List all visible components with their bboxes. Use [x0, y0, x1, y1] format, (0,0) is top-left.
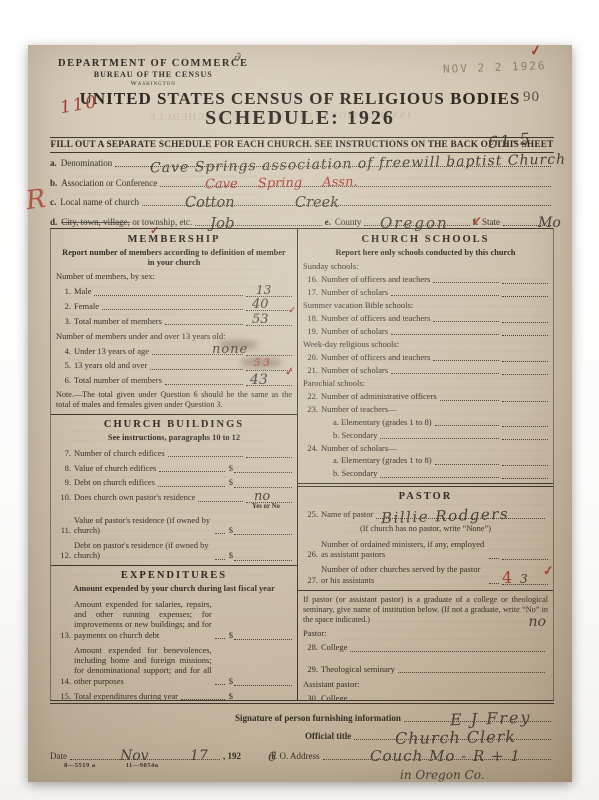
- question-row-2: 2. Female 40: [56, 301, 292, 311]
- schedule-title: SCHEDULE: 1926: [28, 107, 572, 130]
- question-label: Number of scholars: [321, 326, 388, 336]
- question-number: 11.: [56, 525, 71, 535]
- dotted-leader: [433, 281, 499, 283]
- answer-slot: 13: [246, 287, 292, 297]
- handwritten-value: 3: [520, 573, 528, 585]
- question-label: Debt on pastor's residence (if owned by …: [74, 540, 212, 561]
- date-po-row: Date , 192 Nov 17 6 P. O. Address Couch …: [50, 751, 554, 761]
- answer-slot: 43 ✓: [246, 376, 292, 386]
- signature-label: Signature of person furnishing informati…: [235, 713, 401, 723]
- group-label: Number of members under and over 13 year…: [56, 331, 292, 341]
- question-row-24a: a. Elementary (grades 1 to 8): [303, 455, 548, 465]
- question-row-17: 17. Number of scholars: [303, 287, 548, 297]
- group-label: Pastor:: [303, 628, 548, 638]
- form-number: 8—5519 a: [64, 762, 96, 769]
- page-number: 90: [523, 89, 540, 106]
- field-letter: f.: [473, 217, 478, 227]
- dotted-leader: [433, 359, 499, 361]
- answer-slot: [502, 326, 548, 336]
- dotted-leader: [152, 353, 243, 355]
- dotted-leader: [159, 470, 224, 472]
- received-date-stamp: NOV 2 2 1926: [442, 59, 546, 76]
- question-number: 17.: [303, 287, 318, 297]
- eraser-smudge: [240, 357, 282, 368]
- dotted-leader: [398, 671, 545, 673]
- question-label: Value of church edifices: [74, 463, 156, 473]
- question-number: 3.: [56, 316, 71, 326]
- dollar-sign: $: [229, 550, 233, 560]
- answer-slot: no Yes or No: [246, 493, 292, 503]
- agency-block: DEPARTMENT OF COMMERCE BUREAU OF THE CEN…: [58, 57, 249, 88]
- question-label: Number of other churches served by the p…: [321, 564, 486, 585]
- dotted-line: [364, 224, 469, 226]
- pastor-note: (If church has no pastor, write “None”): [309, 524, 542, 534]
- answer-slot: [246, 448, 292, 458]
- section-divider: [298, 590, 553, 591]
- answer-slot: [502, 365, 548, 375]
- question-label: Theological seminary: [321, 664, 395, 674]
- field-association: b. Association or Conference Cave Spring…: [50, 178, 554, 188]
- dotted-leader: [489, 582, 499, 584]
- question-number: 14.: [56, 676, 71, 686]
- question-label: Number of scholars: [321, 365, 388, 375]
- handwritten-signature: E J Frey: [450, 710, 532, 729]
- field-label: Denomination: [61, 158, 113, 168]
- bottom-double-rule: [50, 700, 554, 704]
- question-number: 23.: [303, 404, 318, 414]
- question-number: 26.: [303, 549, 318, 559]
- dotted-leader: [435, 463, 499, 465]
- answer-slot: [502, 456, 548, 466]
- answer-slot: [234, 525, 292, 535]
- question-number: 29.: [303, 664, 318, 674]
- question-label: Number of scholars—: [321, 443, 397, 453]
- dotted-line: [404, 720, 551, 722]
- question-row-9: 9. Debt on church edifices $: [56, 477, 292, 487]
- question-label: Under 13 years of age: [74, 346, 149, 356]
- field-label: County: [335, 217, 362, 227]
- question-number: 28.: [303, 642, 318, 652]
- dotted-line: [503, 224, 551, 226]
- dotted-leader: [350, 650, 545, 652]
- field-label: or township, etc.: [132, 217, 192, 227]
- dotted-line: [160, 185, 551, 187]
- question-label: Number of officers and teachers: [321, 274, 430, 284]
- answer-slot: [234, 478, 292, 488]
- question-label: Number of officers and teachers: [321, 352, 430, 362]
- answer-slot: none: [246, 346, 292, 356]
- handwritten-church-name: Cotton: [185, 196, 235, 211]
- signature-block: Signature of person furnishing informati…: [50, 705, 554, 769]
- question-label: Does church own pastor's residence: [74, 492, 195, 502]
- dotted-leader: [391, 294, 499, 296]
- answer-slot: 40: [246, 301, 292, 311]
- question-row-24b: b. Secondary: [303, 468, 548, 478]
- question-row-26: 26. Number of ordained ministers, if any…: [303, 539, 548, 560]
- question-row-7: 7. Number of church edifices: [56, 448, 292, 458]
- group-label: Summer vacation Bible schools:: [303, 300, 548, 310]
- dotted-leader: [165, 383, 243, 385]
- paper-sheet: INSTRUCTIONS FOR FILLING OUT SCHEDULE DE…: [28, 45, 572, 782]
- question-label: Debt on church edifices: [74, 477, 155, 487]
- answer-slot: [502, 550, 548, 560]
- answer-slot: [234, 630, 292, 640]
- question-row-29: 29. Theological seminary: [303, 664, 548, 674]
- answer-slot: 53: [246, 361, 292, 371]
- answer-slot: [502, 469, 548, 479]
- handwritten-value: 43: [250, 373, 268, 387]
- question-row-18: 18. Number of officers and teachers: [303, 313, 548, 323]
- question-row-28: 28. College: [303, 642, 548, 652]
- question-row-12: 12. Debt on pastor's residence (if owned…: [56, 540, 292, 561]
- question-number: 4.: [56, 346, 71, 356]
- scanned-census-form: INSTRUCTIONS FOR FILLING OUT SCHEDULE DE…: [0, 0, 599, 800]
- question-row-11: 11. Value of pastor's residence (if owne…: [56, 515, 292, 536]
- question-number: 25.: [303, 509, 318, 519]
- right-column: CHURCH SCHOOLS Report here only schools …: [298, 229, 553, 701]
- answer-slot: [234, 463, 292, 473]
- group-label: Week-day religious schools:: [303, 339, 548, 349]
- handwritten-church-name-2: Creek: [295, 196, 339, 211]
- handwritten-value: no: [254, 490, 270, 503]
- field-local-name: c. Local name of church Cotton Creek: [50, 197, 554, 207]
- question-label: Number of ordained ministers, if any, em…: [321, 539, 486, 560]
- dotted-leader: [376, 517, 545, 519]
- answer-slot: [502, 392, 548, 402]
- question-label: b. Secondary: [333, 430, 377, 440]
- answer-slot: [502, 274, 548, 284]
- answer-slot: [502, 417, 548, 427]
- question-number: 24.: [303, 443, 318, 453]
- question-row-1: 1. Male 13: [56, 286, 292, 296]
- section-divider: [51, 414, 297, 415]
- question-label: Number of scholars: [321, 287, 388, 297]
- form-body: MEMBERSHIP Report number of members acco…: [50, 228, 554, 701]
- question-label: Value of pastor's residence (if owned by…: [74, 515, 212, 536]
- left-column: MEMBERSHIP Report number of members acco…: [51, 229, 298, 701]
- yes-or-no-caption: Yes or No: [238, 503, 294, 511]
- question-label: Female: [74, 301, 99, 311]
- bureau-name: BUREAU OF THE CENSUS: [58, 70, 249, 80]
- signature-row: Signature of person furnishing informati…: [50, 713, 554, 723]
- po-address-label: P. O. Address: [271, 751, 320, 761]
- handwritten-value: 53: [252, 313, 269, 326]
- question-label: Amount expended for salaries, repairs, a…: [74, 599, 212, 640]
- dollar-sign: $: [229, 630, 233, 640]
- handwritten-association: Cave Spring Assn.: [205, 175, 358, 191]
- official-title-row: Official title Church Clerk: [50, 731, 554, 741]
- dollar-sign: $: [229, 525, 233, 535]
- red-handwritten-value: 53: [254, 359, 273, 369]
- dotted-leader: [215, 637, 225, 639]
- red-check-mark: ✓: [542, 564, 553, 578]
- question-row-27: 27. Number of other churches served by t…: [303, 564, 548, 585]
- question-number: 10.: [56, 492, 71, 502]
- dotted-leader: [391, 372, 499, 374]
- question-number: 8.: [56, 463, 71, 473]
- question-label: Total number of members: [74, 316, 162, 326]
- question-row-23b: b. Secondary: [303, 430, 548, 440]
- question-number: 22.: [303, 391, 318, 401]
- dotted-leader: [150, 368, 243, 370]
- dollar-sign: $: [229, 477, 233, 487]
- question-row-10: 10. Does church own pastor's residence n…: [56, 492, 292, 502]
- city-name: Washington: [58, 80, 249, 88]
- question-row-14: 14. Amount expended for benevolences, in…: [56, 645, 292, 686]
- question-label: Total number of members: [74, 375, 162, 385]
- form-title: UNITED STATES CENSUS OF RELIGIOUS BODIES: [28, 89, 572, 109]
- field-letter: e.: [325, 217, 331, 227]
- question-number: 2.: [56, 301, 71, 311]
- answer-slot: [502, 313, 548, 323]
- schools-subheading: Report here only schools conducted by th…: [309, 248, 542, 258]
- dotted-leader: [489, 557, 499, 559]
- print-code: 11—9054a: [126, 762, 159, 769]
- field-label: State: [482, 217, 500, 227]
- question-number: 21.: [303, 365, 318, 375]
- group-label: Sunday schools:: [303, 261, 548, 271]
- graduate-instruction: If pastor (or assistant pastor) is a gra…: [303, 595, 548, 625]
- dotted-line: [70, 758, 220, 760]
- question-label: 13 years old and over: [74, 360, 147, 370]
- answer-slot: 53 ✓: [246, 316, 292, 326]
- field-letter: d.: [50, 217, 57, 227]
- membership-subheading: Report number of members according to de…: [62, 248, 286, 269]
- field-letter: c.: [50, 197, 56, 207]
- question-row-21: 21. Number of scholars: [303, 365, 548, 375]
- section-divider: [51, 565, 297, 566]
- question-label: Name of pastor: [321, 509, 373, 519]
- answer-slot: [502, 287, 548, 297]
- dotted-leader: [102, 308, 243, 310]
- field-label: Local name of church: [60, 197, 139, 207]
- question-number: 16.: [303, 274, 318, 284]
- handwritten-month: Nov: [120, 749, 149, 763]
- field-letter: b.: [50, 178, 57, 188]
- answer-slot: [234, 551, 292, 561]
- question-row-22: 22. Number of administrative officers: [303, 391, 548, 401]
- dotted-leader: [168, 455, 243, 457]
- answer-slot: [502, 352, 548, 362]
- question-label: a. Elementary (grades 1 to 8): [333, 417, 432, 427]
- date-label: Date: [50, 751, 67, 761]
- question-row-25: 25. Name of pastor Billie Rodgers: [303, 509, 548, 519]
- dotted-leader: [380, 476, 499, 478]
- dotted-leader: [215, 532, 225, 534]
- dotted-line: [354, 738, 551, 740]
- question-row-3: 3. Total number of members 53 ✓: [56, 316, 292, 326]
- group-label: Number of members, by sex:: [56, 271, 292, 281]
- question-number: 13.: [56, 630, 71, 640]
- dotted-line: [142, 204, 551, 206]
- red-handwritten-value: 4: [502, 570, 512, 586]
- group-label: Assistant pastor:: [303, 679, 548, 689]
- dollar-sign: $: [229, 676, 233, 686]
- dotted-leader: [380, 437, 499, 439]
- field-location: d. City, town, village, or township, etc…: [50, 217, 554, 227]
- group-label: Parochial schools:: [303, 378, 548, 388]
- answer-slot: [234, 676, 292, 686]
- question-label: Amount expended for benevolences, includ…: [74, 645, 212, 686]
- pastor-heading: PASTOR: [303, 491, 548, 504]
- form-number-row: 8—5519 a 11—9054a: [64, 762, 554, 769]
- field-letter: a.: [50, 158, 57, 168]
- question-number: 9.: [56, 477, 71, 487]
- question-label: College: [321, 642, 347, 652]
- question-label: Male: [74, 286, 91, 296]
- question-number: 20.: [303, 352, 318, 362]
- answer-slot: 4 3 ✓: [502, 575, 548, 585]
- eraser-smudge: [218, 340, 258, 350]
- question-row-4: 4. Under 13 years of age none: [56, 346, 292, 356]
- struck-label: City, town, village,: [61, 217, 130, 227]
- question-number: 27.: [303, 575, 318, 585]
- red-check-mark: ✓: [529, 42, 544, 61]
- question-row-23: 23. Number of teachers—: [303, 404, 548, 414]
- expenditures-heading: EXPENDITURES: [56, 570, 292, 583]
- question-row-6: 6. Total number of members 43 ✓: [56, 375, 292, 385]
- printed-year: , 192: [223, 751, 241, 761]
- dotted-leader: [440, 399, 499, 401]
- question-row-19: 19. Number of scholars: [303, 326, 548, 336]
- question-number: 7.: [56, 448, 71, 458]
- dotted-leader: [391, 333, 499, 335]
- double-rule: [298, 483, 553, 487]
- membership-note: Note.—The total given under Question 6 s…: [56, 390, 292, 410]
- question-label: Number of administrative officers: [321, 391, 437, 401]
- dotted-leader: [94, 294, 243, 296]
- question-label: Number of church edifices: [74, 448, 165, 458]
- identification-fields: a. Denomination Cave Springs association…: [50, 158, 554, 236]
- field-denomination: a. Denomination Cave Springs association…: [50, 158, 554, 168]
- answer-slot: [502, 430, 548, 440]
- question-label: a. Elementary (grades 1 to 8): [333, 455, 432, 465]
- dotted-leader: [165, 323, 243, 325]
- handwritten-po-address-2: in Oregon Co.: [400, 769, 485, 781]
- buildings-heading: CHURCH BUILDINGS: [56, 419, 292, 432]
- instruction-banner: FILL OUT A SEPARATE SCHEDULE FOR EACH CH…: [50, 137, 554, 153]
- dotted-leader: [215, 683, 225, 685]
- expenditures-subheading: Amount expended by your church during la…: [62, 584, 286, 594]
- question-label: Number of officers and teachers: [321, 313, 430, 323]
- question-number: 6.: [56, 375, 71, 385]
- question-label: Number of teachers—: [321, 404, 397, 414]
- membership-heading: MEMBERSHIP: [56, 234, 292, 247]
- dotted-line: [323, 758, 551, 760]
- dollar-sign: $: [229, 463, 233, 473]
- handwritten-day: 17: [190, 749, 208, 763]
- handwritten-denomination: Cave Springs association of freewill bap…: [150, 153, 566, 176]
- question-number: 18.: [303, 313, 318, 323]
- dotted-leader: [198, 500, 243, 502]
- question-label: b. Secondary: [333, 468, 377, 478]
- official-title-label: Official title: [305, 731, 351, 741]
- dotted-leader: [433, 320, 499, 322]
- buildings-subheading: See instructions, paragraphs 10 to 12: [62, 433, 286, 443]
- schools-heading: CHURCH SCHOOLS: [303, 234, 548, 247]
- dotted-leader: [215, 558, 225, 560]
- handwritten-value: 40: [252, 298, 269, 311]
- question-row-8: 8. Value of church edifices $: [56, 463, 292, 473]
- handwritten-no: no: [529, 615, 546, 629]
- question-row-16: 16. Number of officers and teachers: [303, 274, 548, 284]
- question-number: 19.: [303, 326, 318, 336]
- dotted-leader: [435, 424, 499, 426]
- dotted-line: [195, 224, 321, 226]
- question-row-23a: a. Elementary (grades 1 to 8): [303, 417, 548, 427]
- question-row-5: 5. 13 years old and over 53: [56, 360, 292, 370]
- dotted-line: [115, 165, 551, 167]
- question-row-13: 13. Amount expended for salaries, repair…: [56, 599, 292, 640]
- question-number: 12.: [56, 550, 71, 560]
- red-margin-mark: R: [24, 184, 48, 216]
- question-row-24: 24. Number of scholars—: [303, 443, 548, 453]
- department-name: DEPARTMENT OF COMMERCE: [58, 57, 249, 70]
- question-number: 5.: [56, 360, 71, 370]
- question-row-20: 20. Number of officers and teachers: [303, 352, 548, 362]
- field-label: Association or Conference: [61, 178, 157, 188]
- handwritten-value: 13: [256, 284, 271, 296]
- graduate-instruction-text: If pastor (or assistant pastor) is a gra…: [303, 595, 548, 624]
- dotted-leader: [158, 485, 225, 487]
- question-number: 1.: [56, 286, 71, 296]
